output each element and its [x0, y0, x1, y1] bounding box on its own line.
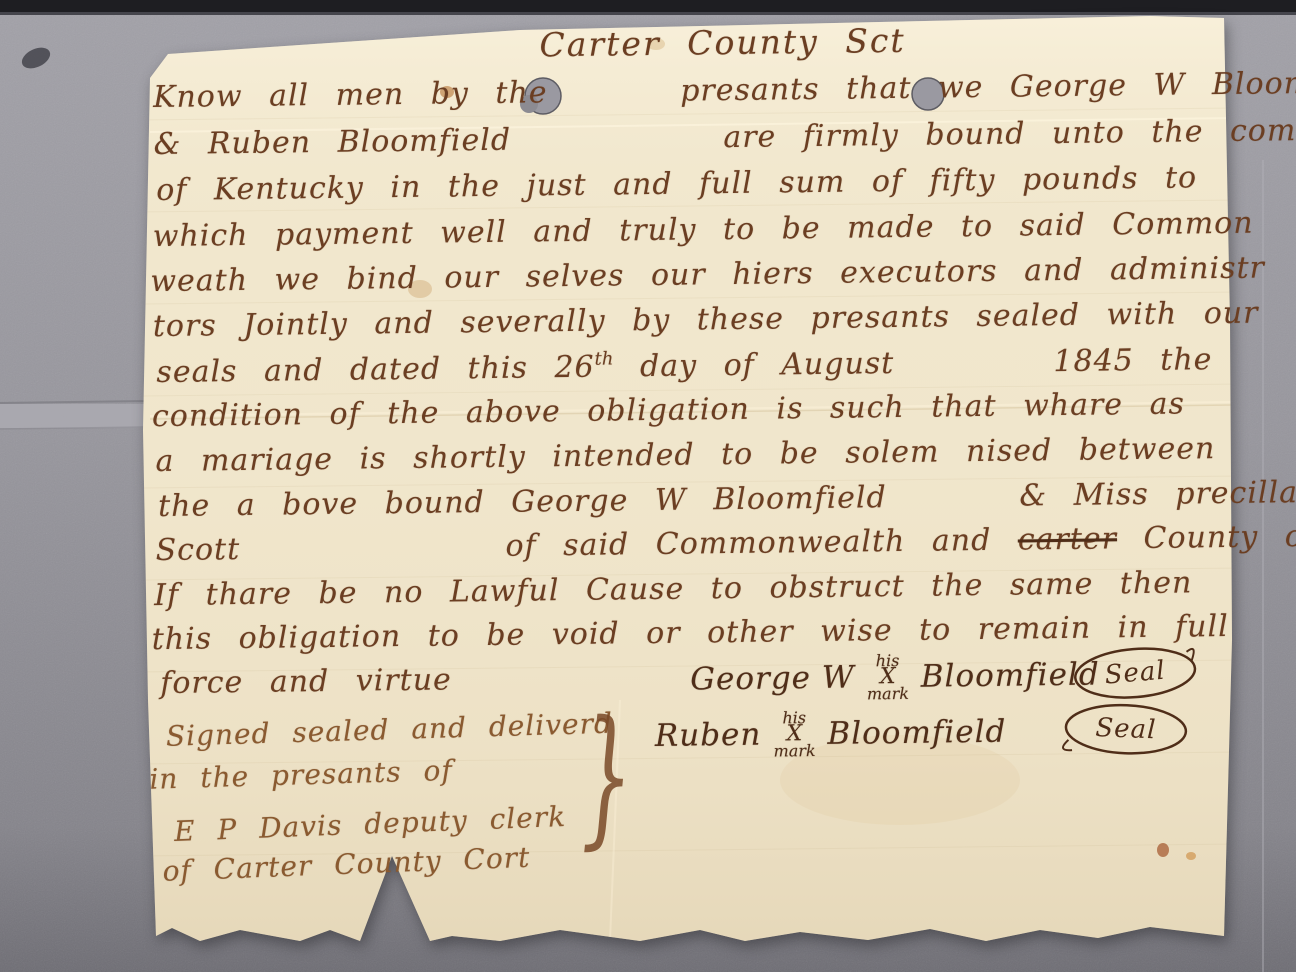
- document-line: & Ruben Bloomfield are firmly bound unto…: [153, 111, 1296, 162]
- seal-stamp: Seal: [1060, 700, 1192, 761]
- signature-george: George W his X mark Bloomfield: [690, 651, 1100, 704]
- attestation-line: in the presants of: [149, 754, 453, 796]
- signature-ruben: Ruben his X mark Bloomfield: [655, 708, 1007, 760]
- signature-given-name: George W: [690, 660, 855, 698]
- attestation-brace: }: [579, 701, 633, 852]
- signature-given-name: Ruben: [655, 717, 762, 754]
- dated-pre: seals and dated this 26: [156, 350, 595, 390]
- his-mark-stack: his X mark: [773, 710, 816, 759]
- document-line: tors Jointly and severally by these pres…: [153, 296, 1259, 345]
- document-line: this obligation to be void or other wise…: [151, 609, 1228, 657]
- attestation-line: Signed sealed and deliverd: [165, 707, 613, 753]
- mark-label: mark: [773, 743, 815, 759]
- seal-label: Seal: [1060, 712, 1191, 747]
- document-line-dated: seals and dated this 26th day of August …: [156, 341, 1212, 390]
- dated-post: day of August 1845 the: [613, 342, 1212, 384]
- document-line: of Kentucky in the just and full sum of …: [156, 160, 1197, 208]
- document-line: weath we bind our selves our hiers execu…: [150, 250, 1265, 299]
- document-line: which payment well and truly to be made …: [153, 206, 1254, 254]
- document-line: condition of the above obligation is suc…: [152, 386, 1185, 434]
- signature-surname: Bloomfield: [827, 714, 1006, 752]
- county-post: County of Carter: [1117, 517, 1296, 556]
- document-line: Know all men by the presants that we Geo…: [153, 65, 1296, 115]
- document-line: If thare be no Lawful Cause to obstruct …: [154, 565, 1193, 613]
- struck-word: carter: [1018, 521, 1118, 557]
- handwritten-text-layer: Carter County Sct Know all men by the pr…: [0, 0, 1296, 972]
- document-line: the a bove bound George W Bloomfield & M…: [158, 475, 1296, 524]
- document-line: a mariage is shortly intended to be sole…: [155, 431, 1215, 479]
- attestation-line: of Carter County Cort: [162, 841, 531, 888]
- mark-label: mark: [867, 686, 909, 702]
- document-photo: Carter County Sct Know all men by the pr…: [0, 0, 1296, 972]
- document-line-county: Scott of said Commonwealth and carter Co…: [155, 517, 1296, 568]
- seal-stamp: Seal: [1068, 641, 1202, 707]
- document-line: force and virtue: [160, 662, 452, 701]
- his-mark-stack: his X mark: [866, 653, 909, 702]
- county-pre: Scott of said Commonwealth and: [155, 523, 1018, 569]
- document-title: Carter County Sct: [539, 21, 906, 64]
- dated-superscript: th: [594, 348, 613, 369]
